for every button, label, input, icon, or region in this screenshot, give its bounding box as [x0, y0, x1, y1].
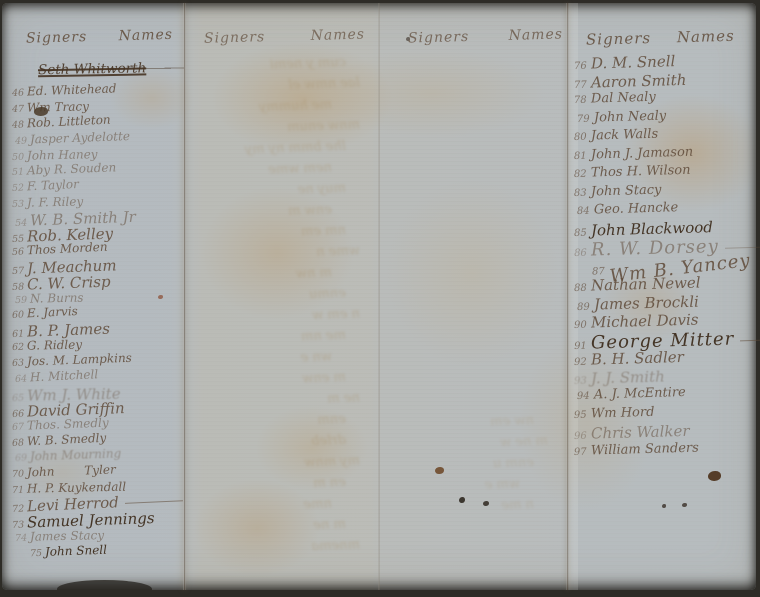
entry-number: 53: [12, 199, 27, 210]
bleed-through-text: lae nmw el: [288, 75, 360, 92]
signature-name: G. Ridley: [27, 338, 82, 353]
entry-number: 95: [574, 409, 591, 420]
signature-name: William Sanders: [591, 440, 699, 458]
bleed-through-writing: cum y nemi lae nmw el me hummy mnw enum: [194, 57, 374, 561]
column-header: Signers Names: [390, 27, 562, 47]
entry-number: 77: [574, 79, 591, 90]
signature-name: J. F. Riley: [27, 195, 83, 210]
signature-name: James Brockli: [594, 292, 699, 313]
column-header: Signers Names: [12, 27, 184, 47]
signature-name: N. Burns: [30, 290, 84, 305]
signature-name: Michael Davis: [591, 311, 699, 332]
signature-list: 76 D. M. Snell 77 Aaron Smith 78 Dal Nea…: [574, 55, 760, 462]
fold-crease: [378, 3, 380, 590]
bleed-through-text: me nm: [301, 328, 346, 345]
entry-number: 49: [15, 135, 30, 147]
bleed-through-text: n em w: [312, 306, 360, 323]
signature-name: A. J. McEntire: [594, 385, 686, 403]
entry-number: 90: [574, 320, 591, 331]
entry-number: 94: [577, 391, 594, 402]
bleed-through-text: enmu: [309, 286, 346, 302]
signature-name: W. B. Smedly: [27, 430, 107, 448]
signature-name: D. M. Snell: [591, 52, 676, 72]
bleed-through-text: enw m: [288, 202, 332, 219]
entry-number: 81: [574, 150, 591, 161]
entry-number: 80: [574, 132, 591, 143]
entry-number: 84: [577, 206, 594, 217]
signature-list: 46 Ed. Whitehead 47 Wm Tracy 48 Rob. Lit…: [12, 85, 184, 562]
bleed-through-text: muy ne: [297, 181, 346, 198]
bleed-through-text: me hummy: [259, 97, 332, 115]
signature-name: Thos H. Wilson: [591, 163, 691, 181]
signature-name: Nathan Newel: [591, 273, 701, 294]
signature-name: Geo. Hancke: [594, 200, 679, 217]
edge-stain: [57, 580, 152, 590]
bleed-through-writing: nw em m ne w enm u wm e n me: [390, 415, 562, 520]
signature-name: John J. Jamason: [591, 144, 694, 162]
signature-name: E. Jarvis: [27, 304, 78, 320]
bleed-through-text: nem wme: [268, 160, 332, 177]
entry-number: 62: [12, 342, 27, 353]
signature-name: J. J. Smith: [591, 367, 665, 387]
entry-number: 86: [574, 248, 591, 259]
bleed-through-text: enm: [317, 412, 346, 428]
signature-name: John Mourning: [30, 447, 122, 464]
entry-number: 85: [574, 227, 591, 238]
bleed-through-text: wm e: [484, 476, 520, 492]
entry-number: 70: [12, 469, 27, 481]
scanned-petition-page: Signers Names Seth Whitworth 46 Ed. Whit…: [0, 0, 760, 597]
signature-name: Chris Walker: [591, 422, 690, 443]
entry-number: 78: [574, 95, 591, 106]
signature-name: John Haney: [27, 147, 98, 162]
ink-blot: [34, 107, 48, 116]
column-header: Signers Names: [194, 26, 374, 47]
entry-number: 76: [574, 61, 591, 72]
entry-number: 92: [574, 357, 591, 368]
bleed-through-text: cum y nemi: [270, 55, 347, 73]
entry-number: 69: [15, 453, 30, 465]
signature-name: John Snell: [45, 543, 107, 559]
crossed-out-name: Seth Whitworth: [38, 60, 184, 79]
ink-blot: [708, 471, 721, 481]
entry-number: 50: [12, 151, 27, 162]
signature-name: Ed. Whitehead: [27, 81, 117, 98]
entry-number: 46: [12, 87, 27, 99]
entry-number: 63: [12, 358, 27, 370]
signature-name: James Stacy: [30, 528, 104, 544]
entry-number: 68: [12, 437, 27, 449]
entry-number: 51: [12, 167, 27, 179]
signature-name: H. Mitchell: [30, 367, 99, 384]
bleed-through-text: m enw: [302, 370, 346, 387]
signature-name: Dal Nealy: [591, 90, 656, 107]
entry-number: 93: [574, 375, 591, 386]
entry-number: 96: [574, 431, 591, 442]
bleed-through-text: drleb: [311, 433, 346, 449]
signature-column-1: Signers Names Seth Whitworth 46 Ed. Whit…: [12, 31, 184, 562]
column-header: Signers Names: [574, 26, 760, 49]
signature-name: Thos. Smedly: [27, 415, 109, 432]
signature-name: Wm Hord: [591, 404, 655, 421]
signature-name: John Stacy: [591, 182, 662, 199]
signature-name: John Tyler: [27, 463, 116, 480]
ink-blot: [682, 503, 687, 507]
bleed-through-text: nw em: [490, 413, 534, 430]
signature-name: Thos Morden: [27, 240, 108, 258]
bleed-through-text: nme: [303, 496, 332, 512]
bleed-through-text: enm u: [493, 455, 534, 471]
entry-number: 71: [12, 485, 27, 496]
entry-number: 48: [12, 119, 27, 131]
entry-number: 60: [12, 310, 27, 322]
entry-number: 59: [15, 294, 30, 305]
bleed-through-text: wn e: [300, 349, 332, 365]
bleed-through-text: wme n: [316, 243, 360, 260]
entry-number: 67: [12, 421, 27, 433]
bleed-through-text: my mnw: [304, 453, 360, 470]
bleed-through-text: m nw: [296, 265, 332, 281]
bleed-through-text: m ne: [313, 517, 346, 533]
signature-column-2: Signers Names cum y nemi lae nmw el me h…: [194, 31, 374, 561]
signature-name: Jasper Aydelotte: [30, 129, 130, 146]
entry-number: 79: [577, 113, 594, 124]
bleed-through-text: nm em: [301, 223, 346, 240]
entry-number: 82: [574, 169, 591, 180]
entry-number: 89: [577, 301, 594, 312]
entry-number: 47: [12, 104, 27, 115]
entry-number: 52: [12, 183, 27, 195]
entry-number: 56: [12, 246, 27, 258]
bleed-through-text: n me: [501, 497, 534, 513]
entry-number: 97: [574, 446, 591, 457]
signature-name: Jack Walls: [591, 127, 659, 144]
entry-number: 64: [15, 373, 30, 385]
entry-number: 83: [574, 187, 591, 198]
bleed-through-text: lhe bmm ny my: [245, 139, 346, 158]
signature-column-3: Signers Names nw em m ne w enm u: [390, 31, 562, 520]
bleed-through-text: ne m: [327, 390, 360, 406]
bleed-through-text: m ne w: [500, 433, 548, 450]
bleed-through-text: mnw enum: [287, 117, 360, 135]
signature-column-4: Signers Names 76 D. M. Snell 77 Aaron Sm…: [574, 31, 760, 462]
bleed-through-text: en m: [313, 475, 346, 491]
bleed-through-text: mnema: [311, 537, 360, 554]
paper-sheet: Signers Names Seth Whitworth 46 Ed. Whit…: [2, 3, 756, 590]
signature-name: Aaron Smith: [591, 70, 687, 91]
entry-number: 74: [15, 533, 30, 544]
entry-number: 75: [30, 548, 45, 560]
signature-name: John Nealy: [594, 108, 667, 125]
signature-name: F. Taylor: [27, 177, 79, 193]
signature-name: B. H. Sadler: [591, 348, 684, 369]
ink-blot: [662, 504, 666, 508]
entry-number: 88: [574, 283, 591, 294]
